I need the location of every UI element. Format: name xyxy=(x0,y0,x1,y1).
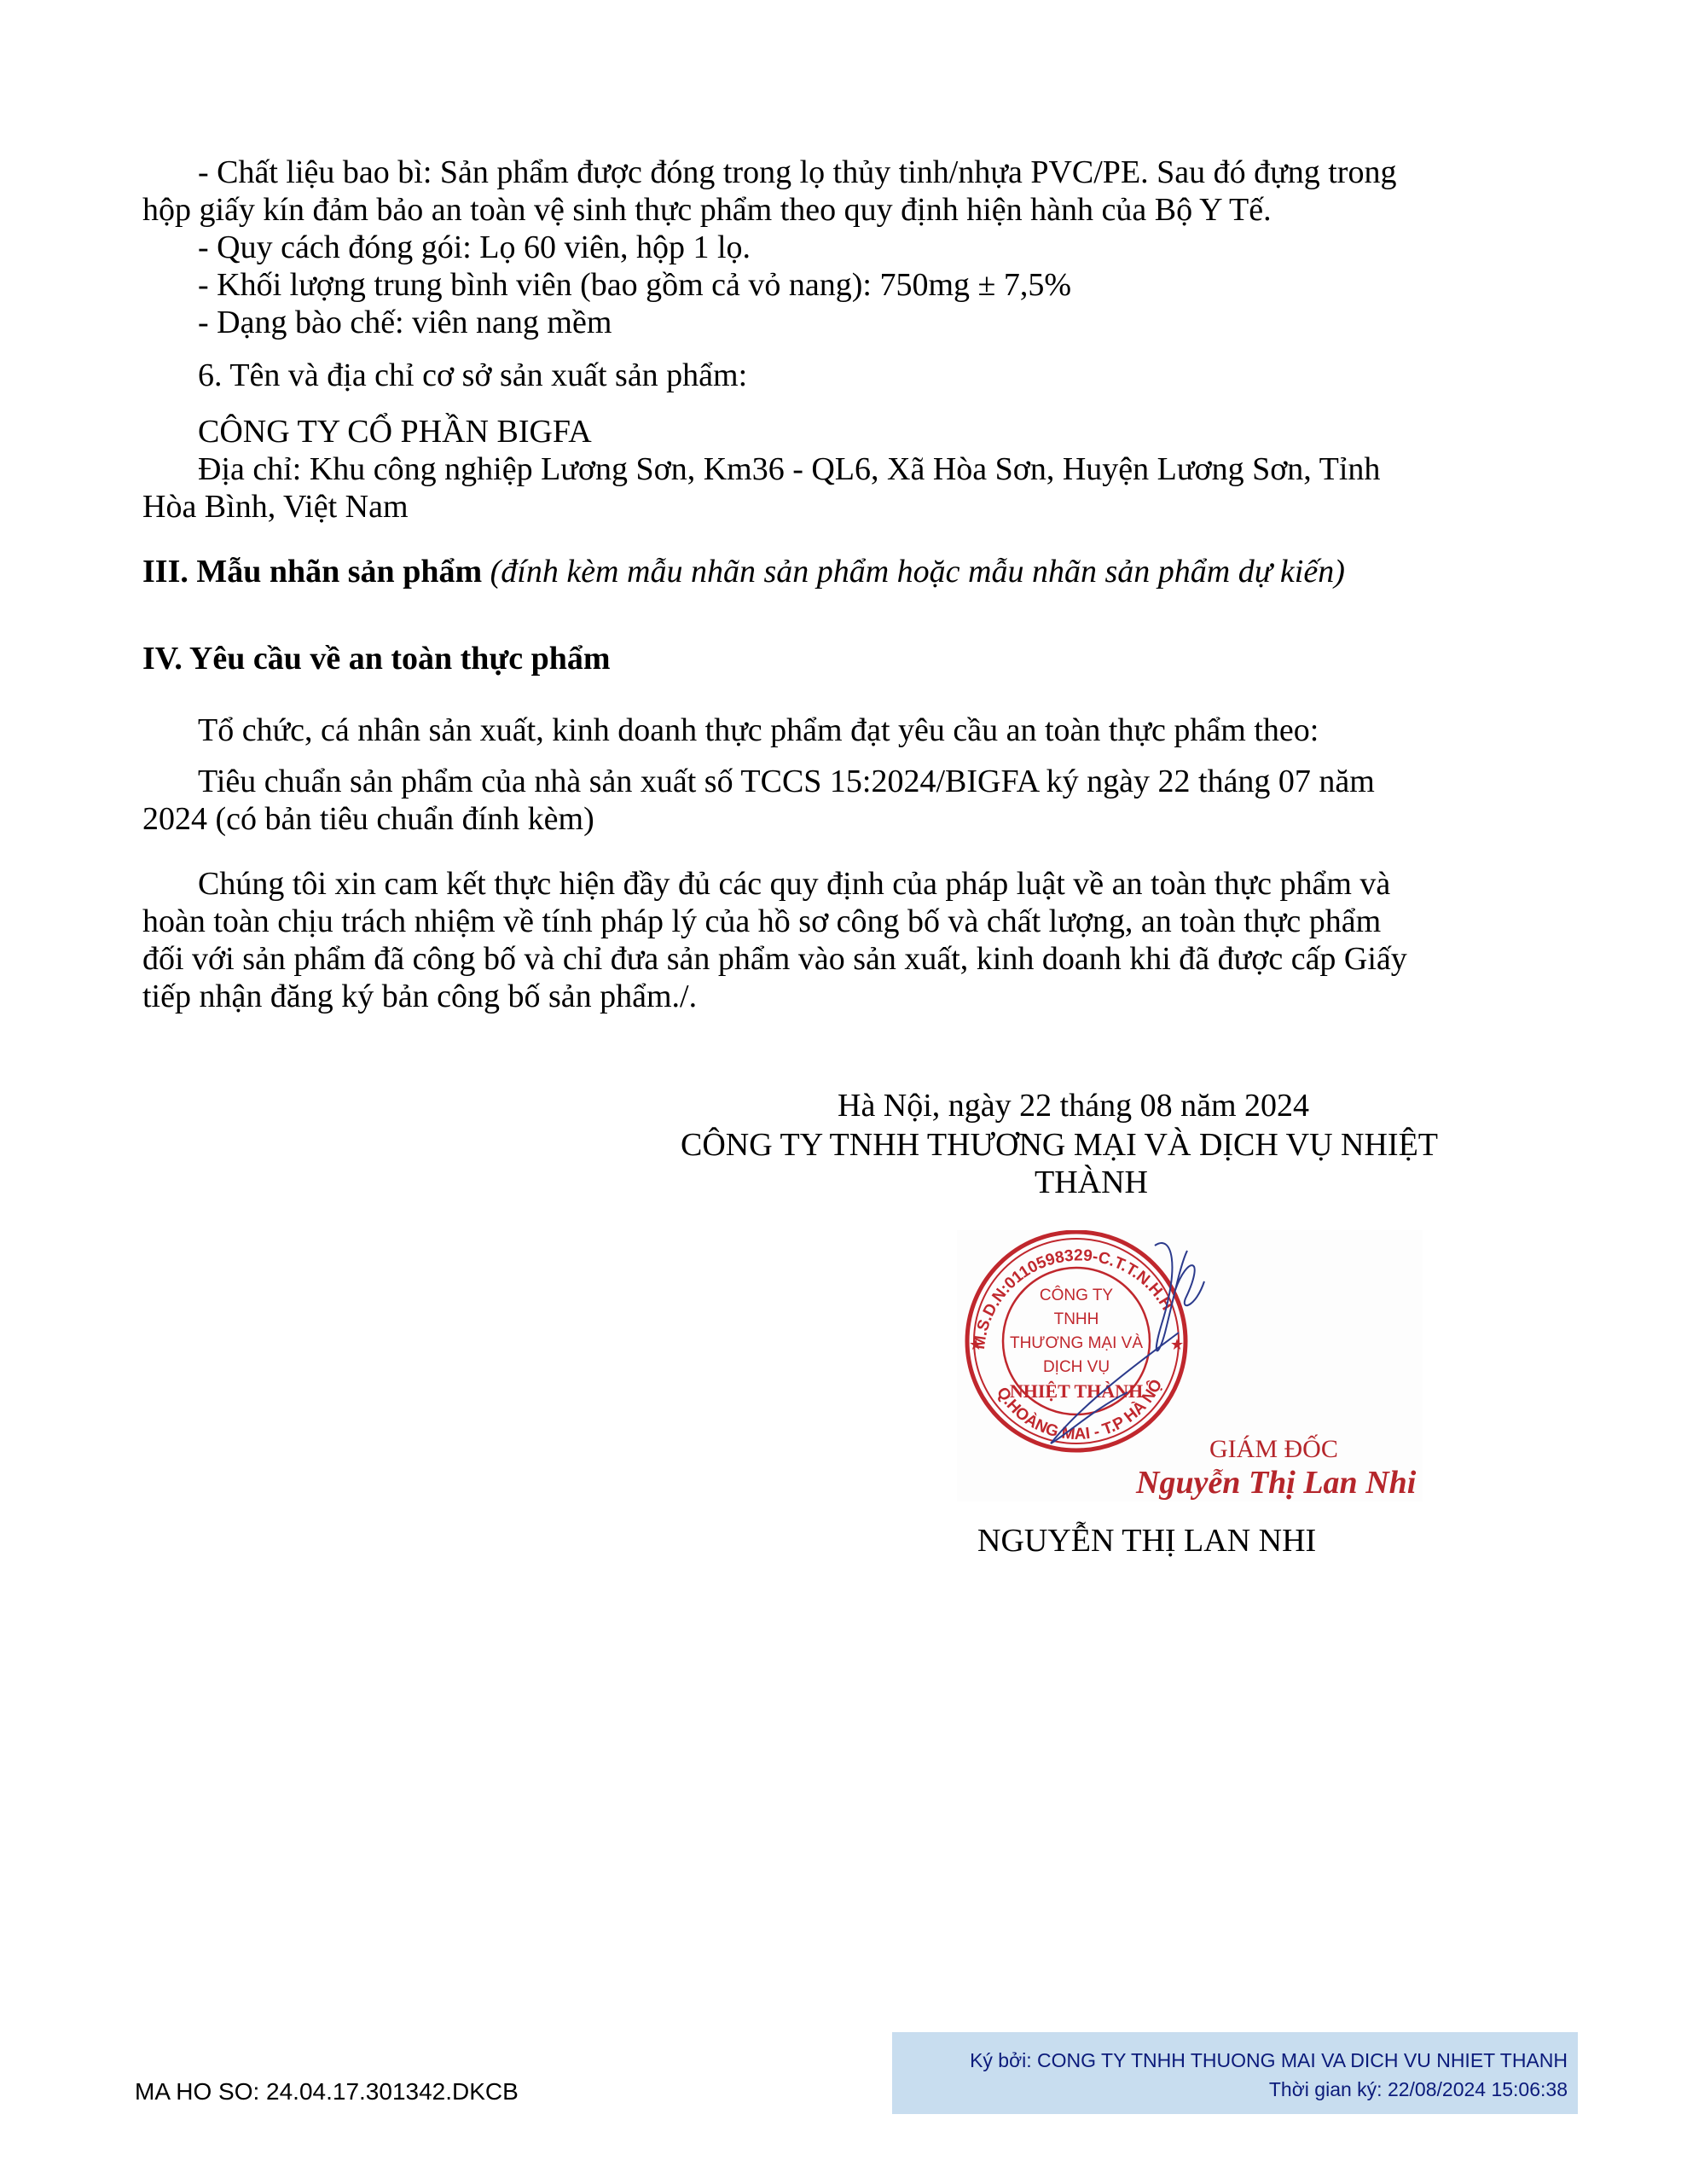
signed-time: Thời gian ký: 22/08/2024 15:06:38 xyxy=(1269,2078,1568,2101)
svg-text:CÔNG TY: CÔNG TY xyxy=(1040,1286,1114,1304)
signing-company-line2: THÀNH xyxy=(1035,1164,1148,1201)
section4-intro: Tổ chức, cá nhân sản xuất, kinh doanh th… xyxy=(198,712,1319,749)
standard-line1: Tiêu chuẩn sản phẩm của nhà sản xuất số … xyxy=(198,763,1375,800)
section3-heading: III. Mẫu nhãn sản phẩm (đính kèm mẫu nhã… xyxy=(142,553,1345,590)
signer-name: NGUYỄN THỊ LAN NHI xyxy=(977,1522,1316,1560)
svg-text:GIÁM ĐỐC: GIÁM ĐỐC xyxy=(1209,1434,1338,1463)
svg-text:TNHH: TNHH xyxy=(1054,1310,1099,1328)
svg-text:★: ★ xyxy=(1170,1336,1184,1353)
commitment-line: tiếp nhận đăng ký bản công bố sản phẩm./… xyxy=(142,978,697,1015)
packaging-material-line1: - Chất liệu bao bì: Sản phẩm được đóng t… xyxy=(198,154,1396,191)
signing-company-line1: CÔNG TY TNHH THƯƠNG MẠI VÀ DỊCH VỤ NHIỆT xyxy=(681,1126,1438,1164)
svg-text:★: ★ xyxy=(969,1336,983,1353)
manufacturer-name: CÔNG TY CỔ PHẦN BIGFA xyxy=(198,413,592,450)
manufacturer-address-line2: Hòa Bình, Việt Nam xyxy=(142,488,409,526)
digital-signature-box: Ký bởi: CONG TY TNHH THUONG MAI VA DICH … xyxy=(892,2032,1578,2114)
svg-text:Nguyễn Thị Lan Nhi: Nguyễn Thị Lan Nhi xyxy=(1135,1465,1417,1501)
packaging-spec: - Quy cách đóng gói: Lọ 60 viên, hộp 1 l… xyxy=(198,229,751,266)
commitment-line: hoàn toàn chịu trách nhiệm về tính pháp … xyxy=(142,903,1381,940)
svg-text:DỊCH VỤ: DỊCH VỤ xyxy=(1043,1358,1110,1376)
company-seal-icon: M.S.D.N:0110598329-C.T.T.N.H.H Q.HOÀNG M… xyxy=(957,1230,1423,1501)
svg-text:NHIỆT THÀNH: NHIỆT THÀNH xyxy=(1010,1380,1143,1402)
manufacturer-heading: 6. Tên và địa chỉ cơ sở sản xuất sản phẩ… xyxy=(198,357,747,394)
svg-text:THƯƠNG MẠI VÀ: THƯƠNG MẠI VÀ xyxy=(1010,1334,1143,1352)
capsule-weight: - Khối lượng trung bình viên (bao gồm cả… xyxy=(198,266,1071,304)
dosage-form: - Dạng bào chế: viên nang mềm xyxy=(198,304,612,341)
section3-title: III. Mẫu nhãn sản phẩm xyxy=(142,554,482,590)
section4-title: IV. Yêu cầu về an toàn thực phẩm xyxy=(142,640,611,677)
commitment-line: đối với sản phẩm đã công bố và chỉ đưa s… xyxy=(142,940,1407,978)
commitment-line: Chúng tôi xin cam kết thực hiện đầy đủ c… xyxy=(198,865,1390,903)
stamp-and-signature: M.S.D.N:0110598329-C.T.T.N.H.H Q.HOÀNG M… xyxy=(957,1230,1423,1501)
section3-note: (đính kèm mẫu nhãn sản phẩm hoặc mẫu nhã… xyxy=(490,554,1345,590)
signed-by: Ký bởi: CONG TY TNHH THUONG MAI VA DICH … xyxy=(970,2049,1568,2072)
place-date: Hà Nội, ngày 22 tháng 08 năm 2024 xyxy=(838,1087,1309,1124)
packaging-material-line2: hộp giấy kín đảm bảo an toàn vệ sinh thự… xyxy=(142,191,1272,229)
standard-line2: 2024 (có bản tiêu chuẩn đính kèm) xyxy=(142,800,594,838)
manufacturer-address-line1: Địa chỉ: Khu công nghiệp Lương Sơn, Km36… xyxy=(198,450,1380,488)
dossier-code: MA HO SO: 24.04.17.301342.DKCB xyxy=(135,2078,519,2106)
